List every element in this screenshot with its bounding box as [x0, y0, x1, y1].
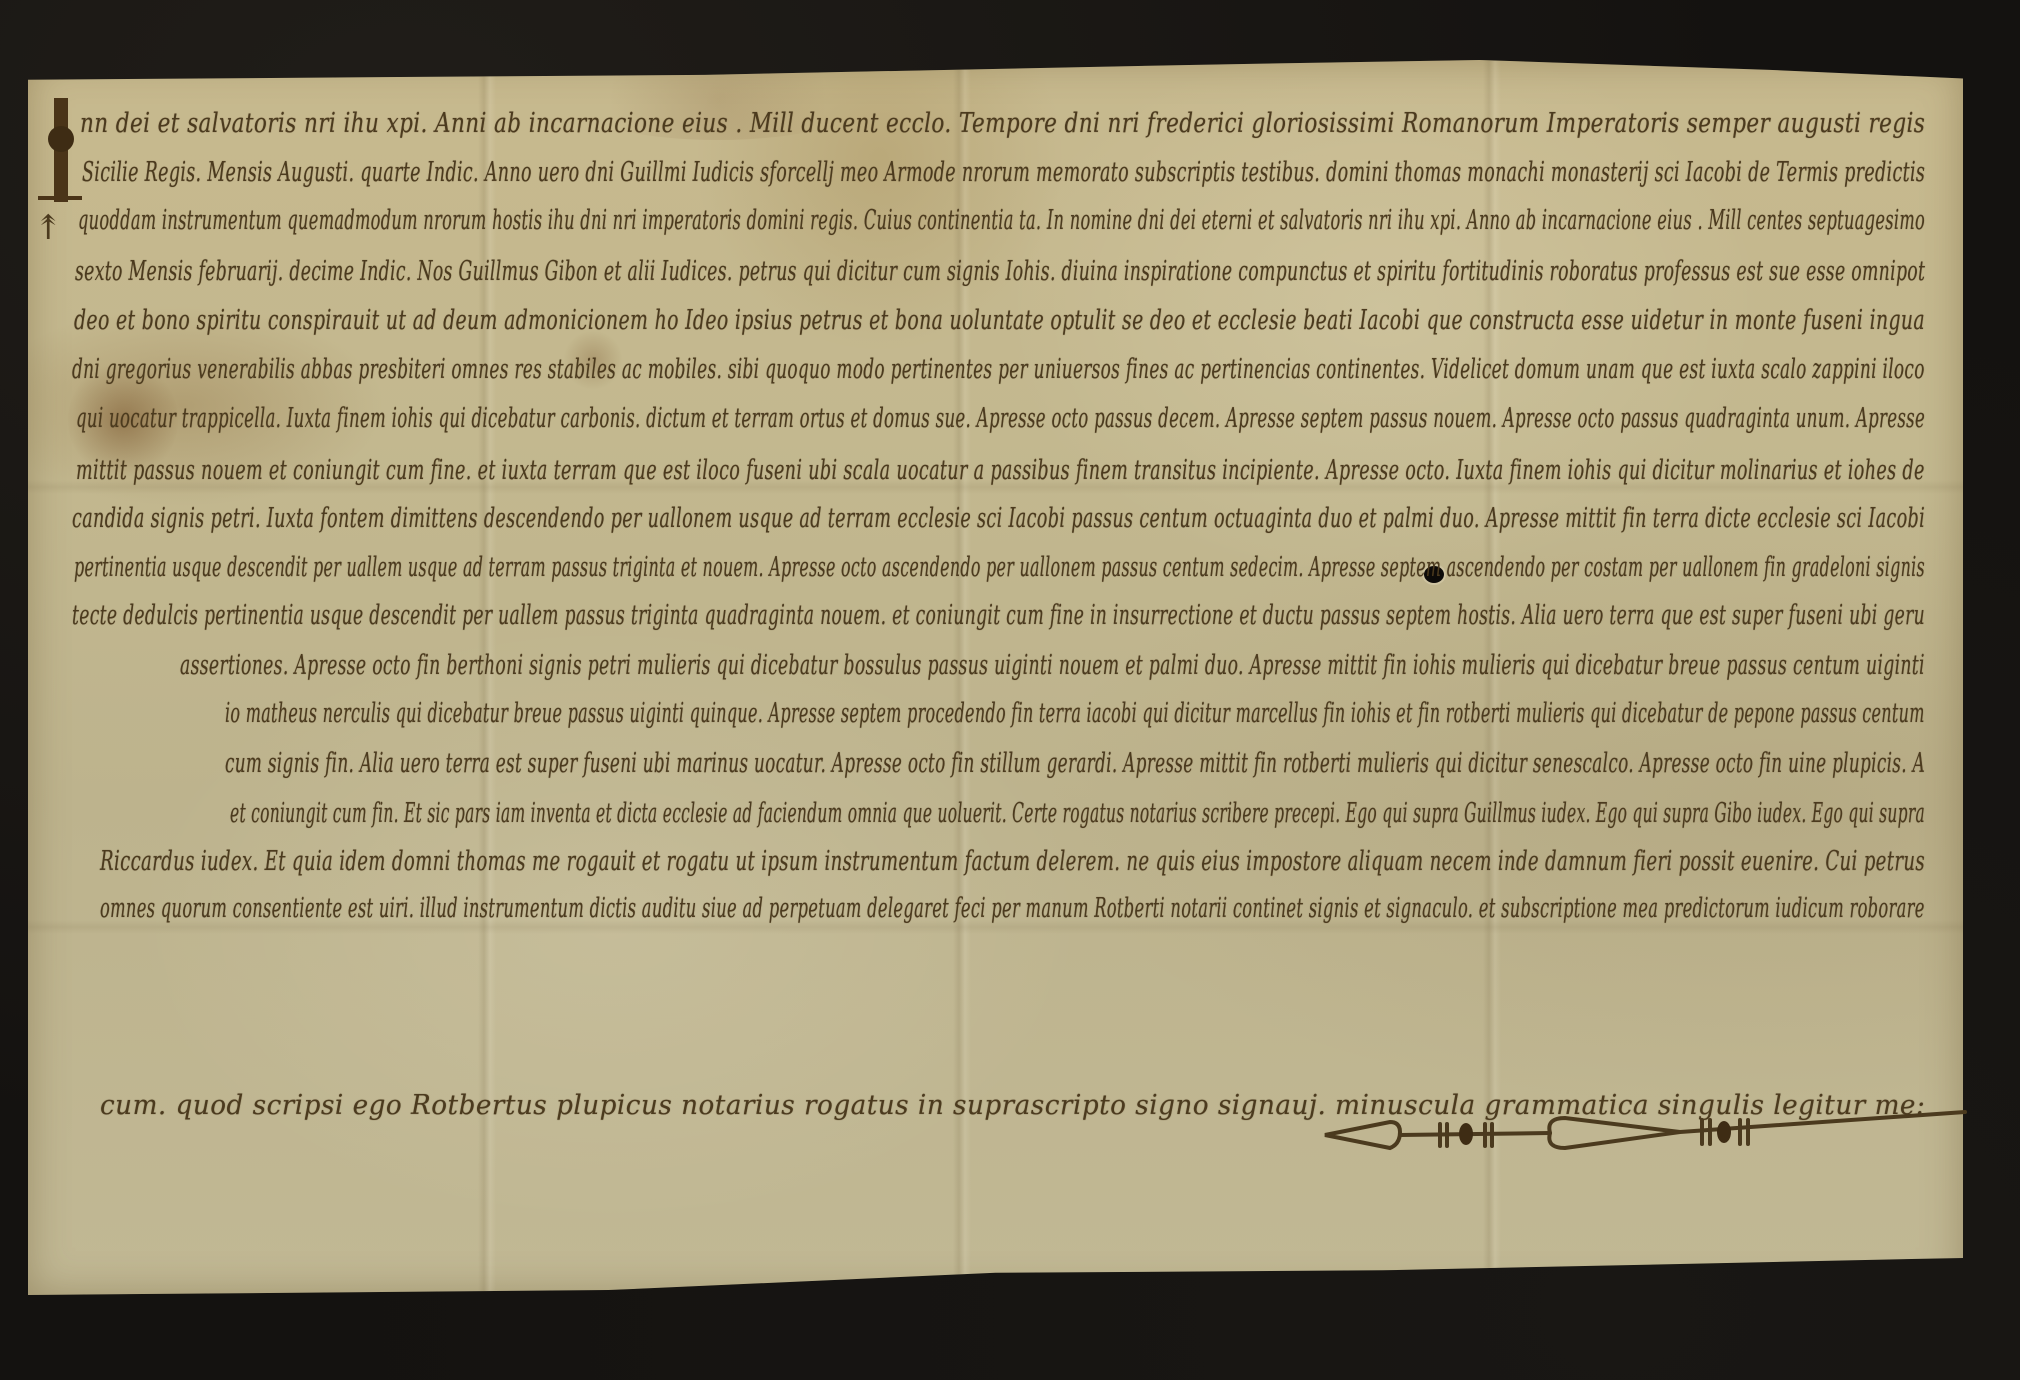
text-line: mittit passus nouem et coniungit cum fin…: [76, 455, 1925, 486]
text-line: quoddam instrumentum quemadmodum nrorum …: [78, 205, 1925, 236]
text-line: nn dei et salvatoris nri ihu xpi. Anni a…: [80, 108, 1572, 139]
text-line: assertiones. Apresse octo fin berthoni s…: [180, 650, 1925, 681]
text-line: omnes quorum consentiente est uiri. illu…: [100, 893, 1925, 924]
text-line: candida signis petri. Iuxta fontem dimit…: [72, 503, 1925, 534]
margin-mark-icon: ↟: [34, 208, 63, 248]
text-line: dni gregorius venerabilis abbas presbite…: [72, 354, 1925, 385]
text-line: et coniungit cum fin. Et sic pars iam in…: [230, 798, 1925, 829]
initial-ornament: [38, 196, 82, 200]
text-line: qui uocatur trappicella. Iuxta finem ioh…: [76, 403, 1925, 434]
text-line: io matheus nerculis qui dicebatur breue …: [225, 698, 1925, 729]
text-line: Riccardus iudex. Et quia idem domni thom…: [100, 846, 1925, 877]
notarial-signum: [1320, 1110, 1970, 1160]
text-line: tecte dedulcis pertinentia usque descend…: [72, 600, 1925, 631]
text-line: deo et bono spiritu conspirauit ut ad de…: [74, 305, 1925, 336]
text-line: Sicilie Regis. Mensis Augusti. quarte In…: [82, 157, 1925, 188]
text-line: cum signis fin. Alia uero terra est supe…: [225, 748, 1925, 779]
text-line: pertinentia usque descendit per uallem u…: [74, 552, 1925, 583]
initial-ornament: [48, 126, 74, 152]
text-line: sexto Mensis februarij. decime Indic. No…: [75, 256, 1925, 287]
